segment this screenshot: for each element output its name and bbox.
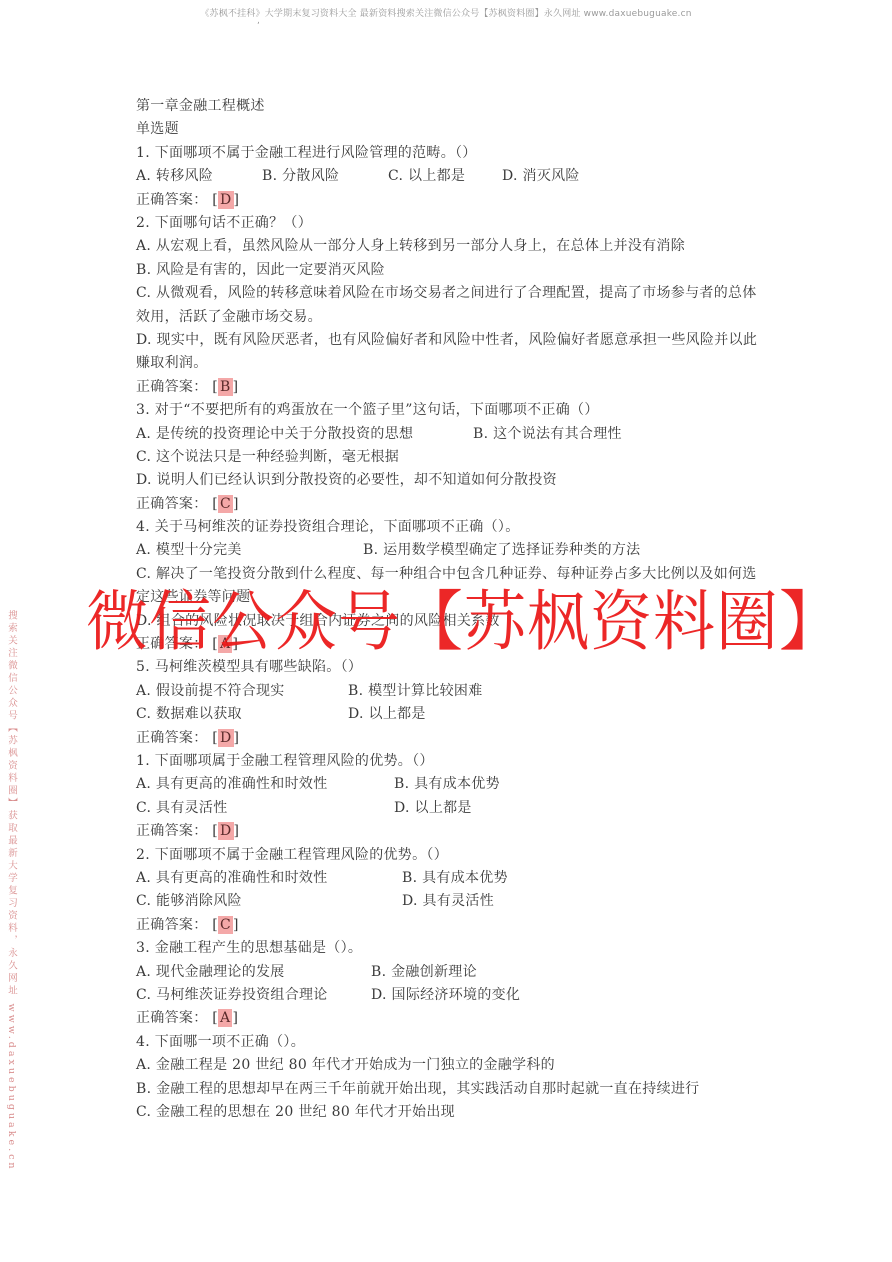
side-watermark-text: 搜索关注微信公众号【苏枫资料圈】获取最新大学复习资料，永久网址 www.daxu… <box>4 610 18 1172</box>
header-tick: , <box>257 16 260 26</box>
question-stem: 4. 关于马柯维茨的证券投资组合理论，下面哪项不正确（）。 <box>136 516 776 539</box>
answer-value: D <box>218 729 234 747</box>
answer-line: 正确答案： [D] <box>136 820 776 843</box>
header-note: 《苏枫不挂科》大学期末复习资料大全 最新资料搜索关注微信公众号【苏枫资料圈】永久… <box>0 6 892 19</box>
answer-line: 正确答案： [B] <box>136 376 776 399</box>
question-stem: 4. 下面哪一项不正确（）。 <box>136 1031 776 1054</box>
answer-label: 正确答案： <box>136 823 208 839</box>
option: A. 具有更高的准确性和时效性 <box>136 773 394 796</box>
option: D. 国际经济环境的变化 <box>371 984 520 1007</box>
option-row: A. 模型十分完美B. 运用数学模型确定了选择证券种类的方法 <box>136 539 776 562</box>
option: B. 风险是有害的，因此一定要消灭风险 <box>136 259 776 282</box>
option: C. 以上都是 <box>388 165 502 188</box>
watermark-overlay: 微信公众号【苏枫资料圈】 <box>86 580 842 664</box>
answer-line: 正确答案： [C] <box>136 493 776 516</box>
answer-label: 正确答案： <box>136 192 208 208</box>
option-row: C. 马柯维茨证券投资组合理论D. 国际经济环境的变化 <box>136 984 776 1007</box>
section-title: 单选题 <box>136 118 776 141</box>
option: A. 是传统的投资理论中关于分散投资的思想 <box>136 423 473 446</box>
answer-value: A <box>218 1009 232 1027</box>
option: D. 说明人们已经认识到分散投资的必要性，却不知道如何分散投资 <box>136 469 776 492</box>
answer-label: 正确答案： <box>136 730 208 746</box>
option: D. 以上都是 <box>394 797 472 820</box>
chapter-title: 第一章金融工程概述 <box>136 95 776 118</box>
option: C. 能够消除风险 <box>136 890 402 913</box>
answer-label: 正确答案： <box>136 379 208 395</box>
answer-line: 正确答案： [D] <box>136 727 776 750</box>
answer-value: B <box>218 378 233 396</box>
option-row: A. 假设前提不符合现实B. 模型计算比较困难 <box>136 680 776 703</box>
option-row: A. 是传统的投资理论中关于分散投资的思想B. 这个说法有其合理性 <box>136 423 776 446</box>
question-stem: 3. 对于“不要把所有的鸡蛋放在一个篮子里”这句话，下面哪项不正确（） <box>136 399 776 422</box>
option: C. 从微观看，风险的转移意味着风险在市场交易者之间进行了合理配置，提高了市场参… <box>136 282 766 329</box>
question-stem: 1. 下面哪项属于金融工程管理风险的优势。（） <box>136 750 776 773</box>
option: A. 具有更高的准确性和时效性 <box>136 867 402 890</box>
option: B. 金融创新理论 <box>371 961 477 984</box>
option: C. 金融工程的思想在 20 世纪 80 年代才开始出现 <box>136 1101 776 1124</box>
option-row: A. 现代金融理论的发展B. 金融创新理论 <box>136 961 776 984</box>
option: C. 马柯维茨证券投资组合理论 <box>136 984 371 1007</box>
option: B. 金融工程的思想却早在两三千年前就开始出现，其实践活动自那时起就一直在持续进… <box>136 1078 776 1101</box>
option-row: C. 能够消除风险D. 具有灵活性 <box>136 890 776 913</box>
answer-line: 正确答案： [C] <box>136 914 776 937</box>
answer-value: C <box>218 495 233 513</box>
option: C. 具有灵活性 <box>136 797 394 820</box>
option: C. 数据难以获取 <box>136 703 348 726</box>
option: D. 现实中，既有风险厌恶者，也有风险偏好者和风险中性者，风险偏好者愿意承担一些… <box>136 329 766 376</box>
option: B. 分散风险 <box>262 165 388 188</box>
option-row: C. 数据难以获取D. 以上都是 <box>136 703 776 726</box>
option: A. 假设前提不符合现实 <box>136 680 348 703</box>
option: D. 以上都是 <box>348 703 426 726</box>
answer-line: 正确答案： [A] <box>136 1007 776 1030</box>
option-row: A. 具有更高的准确性和时效性B. 具有成本优势 <box>136 867 776 890</box>
option: B. 这个说法有其合理性 <box>473 423 622 446</box>
answer-value: D <box>218 822 234 840</box>
question-stem: 1. 下面哪项不属于金融工程进行风险管理的范畴。（） <box>136 142 776 165</box>
option: A. 模型十分完美 <box>136 539 363 562</box>
option-row: A. 具有更高的准确性和时效性B. 具有成本优势 <box>136 773 776 796</box>
option-row: A. 转移风险B. 分散风险C. 以上都是D. 消灭风险 <box>136 165 776 188</box>
answer-value: D <box>218 191 234 209</box>
option: A. 从宏观上看，虽然风险从一部分人身上转移到另一部分人身上，在总体上并没有消除 <box>136 235 776 258</box>
option: B. 具有成本优势 <box>402 867 508 890</box>
answer-value: C <box>218 916 233 934</box>
option: A. 现代金融理论的发展 <box>136 961 371 984</box>
option-row: C. 具有灵活性D. 以上都是 <box>136 797 776 820</box>
option: D. 消灭风险 <box>502 165 580 188</box>
option: B. 具有成本优势 <box>394 773 500 796</box>
option: B. 模型计算比较困难 <box>348 680 483 703</box>
answer-label: 正确答案： <box>136 496 208 512</box>
option: A. 转移风险 <box>136 165 262 188</box>
answer-label: 正确答案： <box>136 917 208 933</box>
option: D. 具有灵活性 <box>402 890 494 913</box>
option: C. 这个说法只是一种经验判断，毫无根据 <box>136 446 776 469</box>
answer-line: 正确答案： [D] <box>136 189 776 212</box>
option: B. 运用数学模型确定了选择证券种类的方法 <box>363 539 641 562</box>
option: A. 金融工程是 20 世纪 80 年代才开始成为一门独立的金融学科的 <box>136 1054 776 1077</box>
question-stem: 2. 下面哪句话不正确？（） <box>136 212 776 235</box>
question-stem: 3. 金融工程产生的思想基础是（）。 <box>136 937 776 960</box>
question-stem: 2. 下面哪项不属于金融工程管理风险的优势。（） <box>136 844 776 867</box>
answer-label: 正确答案： <box>136 1010 208 1026</box>
